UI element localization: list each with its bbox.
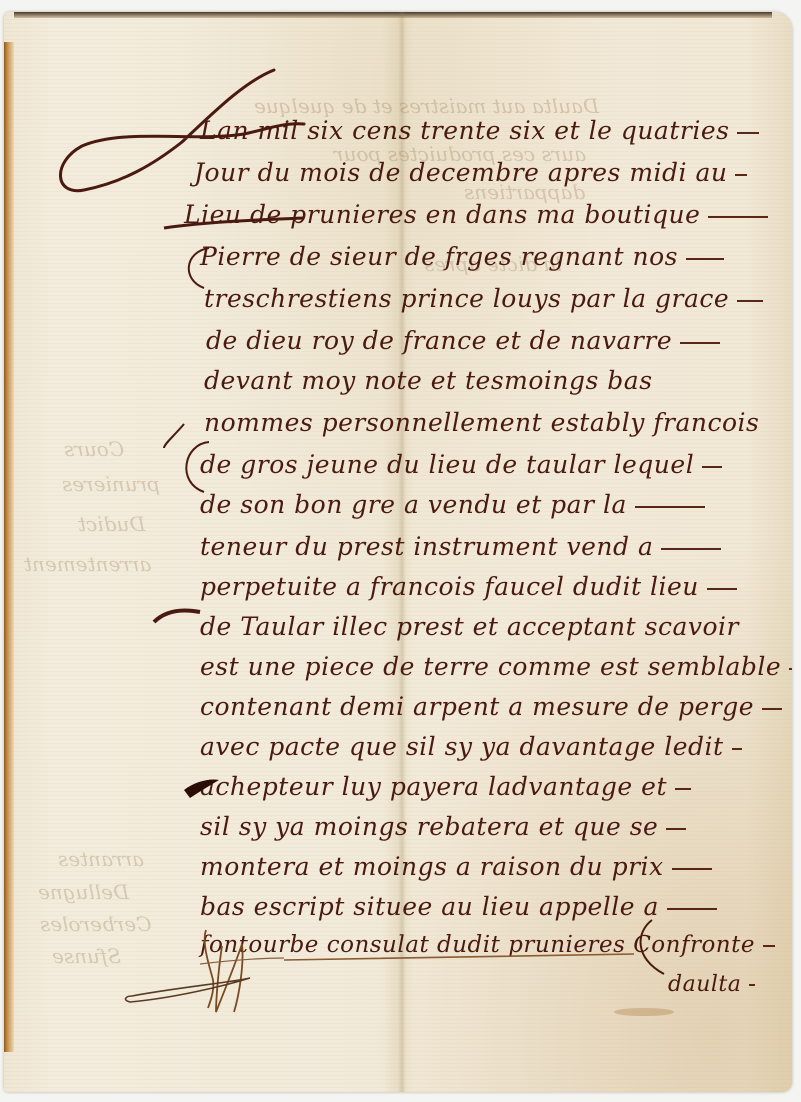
hook-flourish-icon xyxy=(164,424,184,448)
initial-l-flourish-icon xyxy=(60,70,304,191)
ink-flourishes xyxy=(4,12,792,1092)
ink-blot-icon xyxy=(184,779,219,798)
notary-paraph-icon xyxy=(205,930,243,1012)
paper-stain-icon xyxy=(614,1008,674,1016)
closing-line-icon xyxy=(284,954,634,960)
hook-flourish-icon xyxy=(154,610,200,622)
line-flourish-icon xyxy=(164,218,304,228)
letter-d-flourish-icon xyxy=(189,248,209,288)
letter-c-flourish-icon xyxy=(641,920,664,974)
manuscript-page: Daulta aut maistres et de quelque aurs c… xyxy=(4,12,792,1092)
notary-paraph-icon xyxy=(126,978,250,1002)
letter-d-flourish-icon xyxy=(186,442,209,492)
